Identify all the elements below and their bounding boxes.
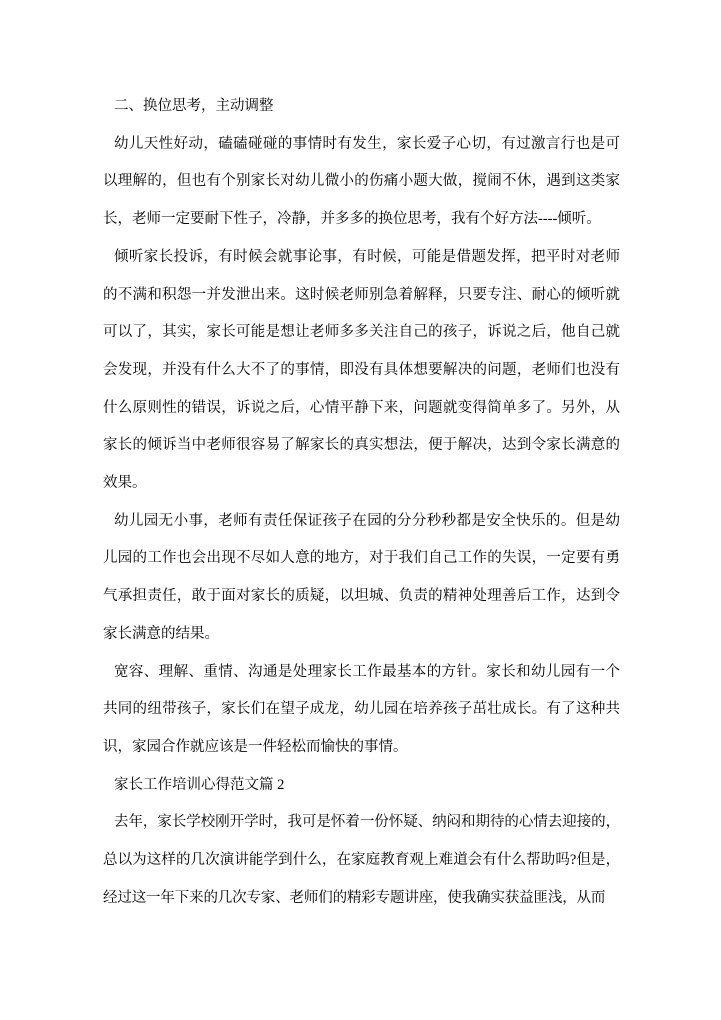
- paragraph: 去年，家长学校刚开学时，我可是怀着一份怀疑、纳闷和期待的心情去迎接的，总以为这样…: [103, 804, 620, 917]
- section-heading: 二、换位思考，主动调整: [103, 88, 620, 126]
- paragraph: 幼儿天性好动，磕磕碰碰的事情时有发生，家长爱子心切，有过激言行也是可以理解的，但…: [103, 126, 620, 239]
- paragraph: 倾听家长投诉，有时候会就事论事，有时候，可能是借题发挥，把平时对老师的不满和积怨…: [103, 239, 620, 503]
- paragraph: 幼儿园无小事，老师有责任保证孩子在园的分分秒秒都是安全快乐的。但是幼儿园的工作也…: [103, 503, 620, 654]
- text-column: 二、换位思考，主动调整幼儿天性好动，磕磕碰碰的事情时有发生，家长爱子心切，有过激…: [0, 0, 721, 1020]
- section-heading: 家长工作培训心得范文篇 2: [103, 767, 620, 805]
- document-page: 二、换位思考，主动调整幼儿天性好动，磕磕碰碰的事情时有发生，家长爱子心切，有过激…: [0, 0, 721, 1020]
- paragraph: 宽容、理解、重情、沟通是处理家长工作最基本的方针。家长和幼儿园有一个共同的纽带孩…: [103, 654, 620, 767]
